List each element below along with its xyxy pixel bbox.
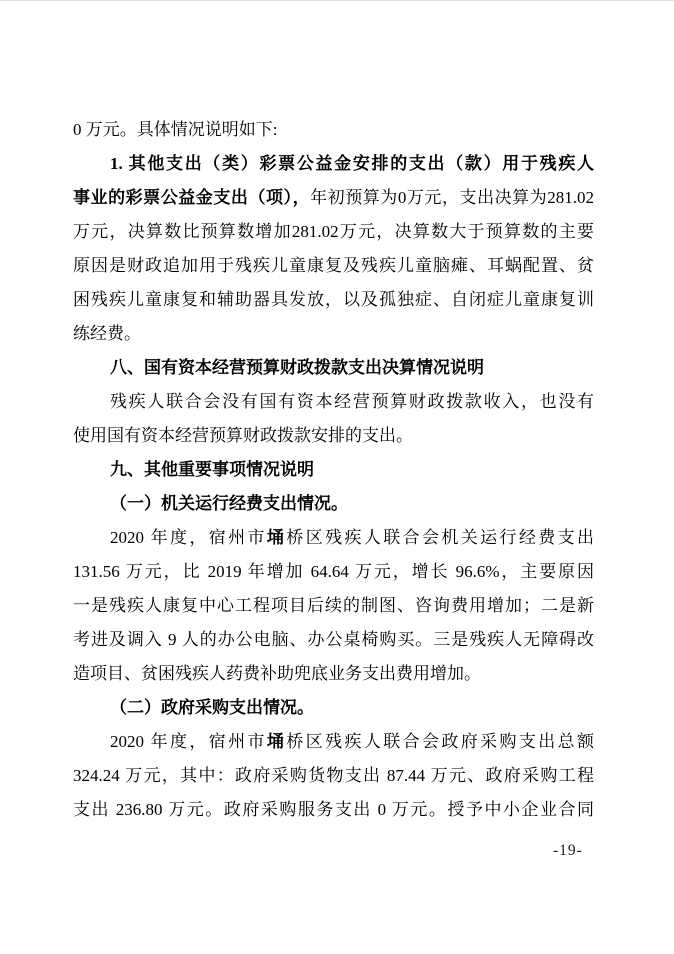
text-segment: （二）政府采购支出情况。 xyxy=(110,698,314,717)
text-segment: 练经费。 xyxy=(73,324,141,343)
page-number: -19- xyxy=(553,842,583,860)
text-line: 考进及调入 9 人的办公电脑、办公桌椅购买。三是残疾人无障碍改 xyxy=(73,623,594,657)
document-page: 0 万元。具体情况说明如下:1. 其他支出（类）彩票公益金安排的支出（款）用于残… xyxy=(0,0,674,954)
text-line: 使用国有资本经营预算财政拨款安排的支出。 xyxy=(73,419,594,453)
text-segment: 2020 年度，宿州市 xyxy=(110,732,267,751)
text-segment: 2020 年度，宿州市 xyxy=(110,528,267,547)
text-segment: 事业的彩票公益金支出（项）， xyxy=(73,188,310,207)
text-segment: 0 万元。具体情况说明如下: xyxy=(73,120,277,139)
text-line: 一是残疾人康复中心工程项目后续的制图、咨询费用增加；二是新 xyxy=(73,589,594,623)
text-line: 0 万元。具体情况说明如下: xyxy=(73,113,594,147)
text-line: 131.56 万元，比 2019 年增加 64.64 万元，增长 96.6%，主… xyxy=(73,555,594,589)
text-segment: 一是残疾人康复中心工程项目后续的制图、咨询费用增加；二是新 xyxy=(73,596,594,615)
text-segment: 支出 236.80 万元。政府采购服务支出 0 万元。授予中小企业合同 xyxy=(73,800,594,819)
document-body: 0 万元。具体情况说明如下:1. 其他支出（类）彩票公益金安排的支出（款）用于残… xyxy=(73,113,594,827)
text-line: 残疾人联合会没有国有资本经营预算财政拨款收入，也没有 xyxy=(73,385,594,419)
text-segment: 造项目、贫困残疾人药费补助兜底业务支出费用增加。 xyxy=(73,664,481,683)
text-line: 2020 年度，宿州市埇桥区残疾人联合会机关运行经费支出 xyxy=(73,521,594,555)
text-line: 原因是财政追加用于残疾儿童康复及残疾儿童脑瘫、耳蜗配置、贫 xyxy=(73,249,594,283)
text-line: 八、国有资本经营预算财政拨款支出决算情况说明 xyxy=(73,351,594,385)
text-line: （二）政府采购支出情况。 xyxy=(73,691,594,725)
text-line: 造项目、贫困残疾人药费补助兜底业务支出费用增加。 xyxy=(73,657,594,691)
text-segment: 八、国有资本经营预算财政拨款支出决算情况说明 xyxy=(110,358,484,377)
text-segment: 324.24 万元，其中：政府采购货物支出 87.44 万元、政府采购工程 xyxy=(73,766,594,785)
text-segment: 1. 其他支出（类）彩票公益金安排的支出（款）用于残疾人 xyxy=(110,154,594,173)
text-segment: 埇 xyxy=(267,528,286,547)
text-line: 九、其他重要事项情况说明 xyxy=(73,453,594,487)
text-line: 2020 年度，宿州市埇桥区残疾人联合会政府采购支出总额 xyxy=(73,725,594,759)
text-line: 练经费。 xyxy=(73,317,594,351)
text-segment: 残疾人联合会没有国有资本经营预算财政拨款收入，也没有 xyxy=(110,392,594,411)
text-line: 困残疾儿童康复和辅助器具发放，以及孤独症、自闭症儿童康复训 xyxy=(73,283,594,317)
text-segment: 九、其他重要事项情况说明 xyxy=(110,460,314,479)
text-segment: 桥区残疾人联合会政府采购支出总额 xyxy=(286,732,594,751)
text-line: 324.24 万元，其中：政府采购货物支出 87.44 万元、政府采购工程 xyxy=(73,759,594,793)
text-segment: 使用国有资本经营预算财政拨款安排的支出。 xyxy=(73,426,413,445)
text-segment: （一）机关运行经费支出情况。 xyxy=(110,494,348,513)
text-segment: 万元，决算数比预算数增加281.02万元，决算数大于预算数的主要 xyxy=(73,222,594,241)
text-segment: 年初预算为0万元，支出决算为281.02 xyxy=(310,188,594,207)
text-segment: 原因是财政追加用于残疾儿童康复及残疾儿童脑瘫、耳蜗配置、贫 xyxy=(73,256,594,275)
text-segment: 131.56 万元，比 2019 年增加 64.64 万元，增长 96.6%，主… xyxy=(73,562,594,581)
text-line: （一）机关运行经费支出情况。 xyxy=(73,487,594,521)
text-segment: 桥区残疾人联合会机关运行经费支出 xyxy=(286,528,594,547)
text-line: 1. 其他支出（类）彩票公益金安排的支出（款）用于残疾人 xyxy=(73,147,594,181)
text-line: 支出 236.80 万元。政府采购服务支出 0 万元。授予中小企业合同 xyxy=(73,793,594,827)
text-segment: 困残疾儿童康复和辅助器具发放，以及孤独症、自闭症儿童康复训 xyxy=(73,290,594,309)
text-segment: 考进及调入 9 人的办公电脑、办公桌椅购买。三是残疾人无障碍改 xyxy=(73,630,594,649)
text-segment: 埇 xyxy=(267,732,286,751)
text-line: 万元，决算数比预算数增加281.02万元，决算数大于预算数的主要 xyxy=(73,215,594,249)
text-line: 事业的彩票公益金支出（项），年初预算为0万元，支出决算为281.02 xyxy=(73,181,594,215)
